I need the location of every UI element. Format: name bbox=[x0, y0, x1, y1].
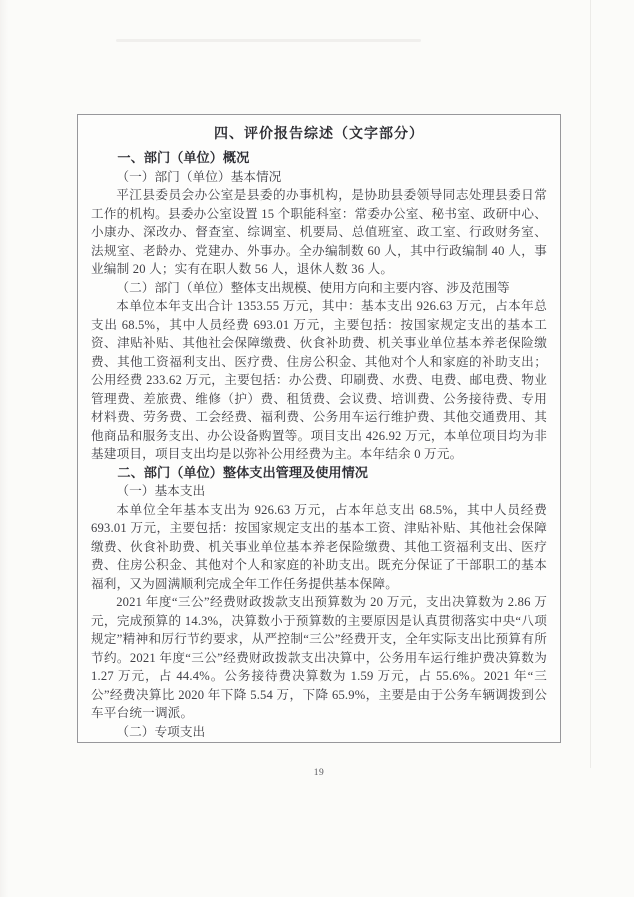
section-1-2-heading: （二）部门（单位）整体支出规模、使用方向和主要内容、涉及范围等 bbox=[91, 279, 547, 298]
section-2-1-paragraph-1: 本单位全年基本支出为 926.63 万元，占本年总支出 68.5%，其中人员经费… bbox=[91, 501, 547, 594]
report-summary-box: 四、评价报告综述（文字部分） 一、部门（单位）概况 （一）部门（单位）基本情况 … bbox=[77, 114, 561, 743]
section-1-2-paragraph: 本单位本年支出合计 1353.55 万元，其中：基本支出 926.63 万元，占… bbox=[91, 297, 547, 464]
scan-artifact-horizontal bbox=[116, 39, 421, 42]
section-1-1-heading: （一）部门（单位）基本情况 bbox=[91, 168, 547, 187]
section-2-1-heading: （一）基本支出 bbox=[91, 482, 547, 501]
page-title: 四、评价报告综述（文字部分） bbox=[91, 126, 547, 143]
section-2-2-paragraph: 本单位全年无基建项目，项目支出 426.92 万元均为弥补公用经费的不足。其中， bbox=[91, 741, 547, 743]
section-2-1-paragraph-2: 2021 年度“三公”经费财政拨款支出预算数为 20 万元，支出决算数为 2.8… bbox=[91, 593, 547, 723]
section-2-2-heading: （二）专项支出 bbox=[91, 723, 547, 742]
section-2-heading: 二、部门（单位）整体支出管理及使用情况 bbox=[91, 464, 547, 483]
scan-edge-shadow bbox=[0, 0, 8, 897]
section-1-heading: 一、部门（单位）概况 bbox=[91, 149, 547, 168]
scan-artifact-vertical bbox=[590, 0, 591, 768]
page-number: 19 bbox=[77, 768, 561, 778]
section-1-1-paragraph: 平江县委员会办公室是县委的办事机构，是协助县委领导同志处理县委日常工作的机构。县… bbox=[91, 186, 547, 279]
